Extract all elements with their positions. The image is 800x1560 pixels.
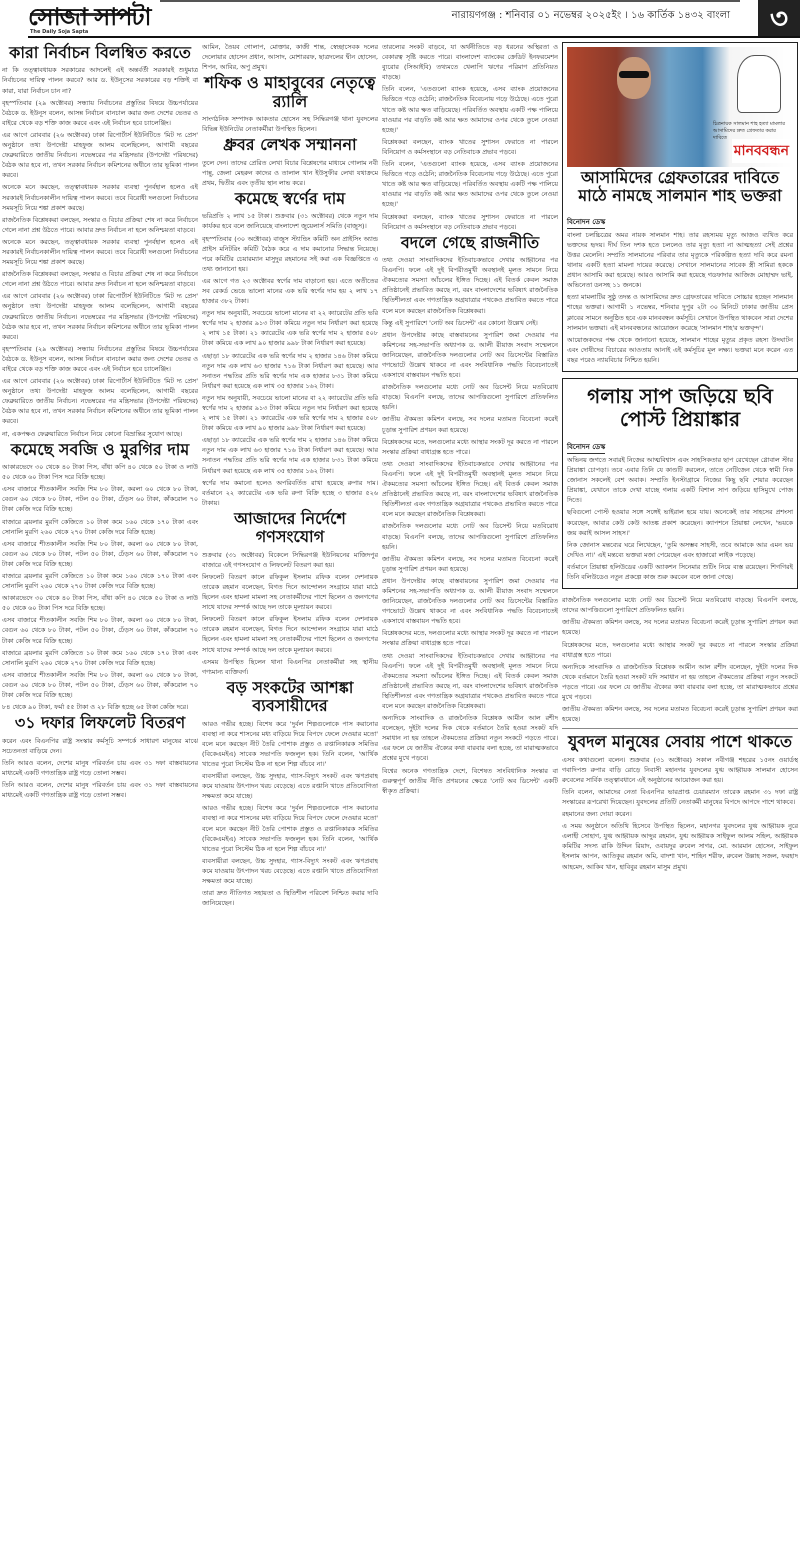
headline-jubodal: যুবদল মানুষের সেবায় পাশে থাকতে <box>562 733 798 751</box>
article-paragraph: কিন্তু এই সুপারিশে 'নোট অব ডিসেন্ট' এর ক… <box>382 318 558 328</box>
headline-priyanka: গলায় সাপ জড়িয়ে ছবি পোস্ট প্রিয়াঙ্কার <box>567 385 793 431</box>
masthead: সোজা সাপটা The Daily Soja Sapta নারায়ণগ… <box>0 0 800 38</box>
article-paragraph: ভরিপ্রতি ২ লাখ ১৫ টাকা। শুক্রবার (৩১ অক্… <box>202 211 378 231</box>
article-rally: শফিক ও মাহাবুবের নেতৃত্বে র‍্যালি সাংগঠন… <box>202 74 378 134</box>
dateline: নারায়ণগঞ্জ : শনিবার ০১ নভেম্বর ২০২৫ইং ।… <box>452 8 730 25</box>
article-vegetables: কমেছে সবজি ও মুরগির দাম আকারভেদে ৩০ থেকে… <box>2 441 198 713</box>
column-2: আমিন, তৈয়ব গোলাপ, মোক্তার, কাজী শান্ত, … <box>202 42 378 1560</box>
column-1: কারা নির্বাচন বিলম্বিত করতে না কি তত্ত্ব… <box>2 42 198 1560</box>
article-paragraph: এর আগে রোববার (২৬ অক্টোবর) ঢাকা রিপোর্টা… <box>2 130 198 180</box>
article-paragraph: রাজনৈতিক দলগুলোর মধ্যে নোট অব ডিসেন্ট নি… <box>382 382 558 412</box>
article-mass-contact: আজাদের নির্দেশে গণসংযোগ শুক্রবার (৩১ অক্… <box>202 510 378 677</box>
article-paragraph: নতুন দাম অনুযায়ী, সবচেয়ে ভালো মানের বা… <box>202 393 378 433</box>
photo-badge: মানববন্ধন <box>732 139 791 163</box>
logo-text: সোজা সাপটা <box>28 4 150 30</box>
article-paragraph: হত্যা মামলাটির সুষ্ঠু তদন্ত ও আসামিদের দ… <box>567 292 793 332</box>
column-3: তারল্যের সংকট বাড়বে, যা অর্থনীতিতে বড় … <box>382 42 558 1560</box>
article-paragraph: আকারভেদে ৩০ থেকে ৪০ টাকা পিস, বাঁধা কপি … <box>2 462 198 482</box>
article-paragraph: লিফলেট বিতরণ কালে রফিকুল ইসলাম রফিক বলেন… <box>202 614 378 654</box>
article-paragraph: আকারভেদে ৩০ থেকে ৪০ টাকা পিস, বাঁধা কপি … <box>2 593 198 613</box>
article-paragraph: এসব বাজারে শীতকালীন সবজি শিম ৮০ টাকা, কর… <box>2 539 198 569</box>
article-paragraph: বিশ্লেষকরা বলছেন, ব্যাংক খাতের সুশাসন ফে… <box>382 137 558 157</box>
article-paragraph: এসব বাজারে শীতকালীন সবজি শিম ৮০ টাকা, কর… <box>2 670 198 700</box>
headline-writer-award: ধ্রুবর লেখক সম্মাননা <box>202 136 378 154</box>
article-politics-changed: বদলে গেছে রাজনীতি তথ্য দেওয়া সাংবাদিকদে… <box>382 234 558 796</box>
article-paragraph: তিনি বলেন, 'এতগুলো ব্যাংক হয়েছে, এসব ব্… <box>382 159 558 209</box>
masthead-rule <box>28 36 800 38</box>
article-paragraph: প্রধান উপদেষ্টার কাছে বাস্তবায়নের সুপার… <box>382 576 558 626</box>
feature-box-salman: চিত্রনায়ক সালমান শাহ হত্যা মামলার আসামি… <box>562 42 798 372</box>
article-note-of-dissent: রাজনৈতিক দলগুলোর মধ্যে নোট অব ডিসেন্ট নি… <box>562 595 798 724</box>
feature-box-priyanka: গলায় সাপ জড়িয়ে ছবি পোস্ট প্রিয়াঙ্কার… <box>562 378 798 589</box>
article-paragraph: বিশ্লেষকদের মতে, দলগুলোর মধ্যে আস্থার সং… <box>382 437 558 457</box>
article-paragraph: রাজনৈতিক দলগুলোর মধ্যে নোট অব ডিসেন্ট নি… <box>562 595 798 615</box>
headline-vegetables: কমেছে সবজি ও মুরগির দাম <box>2 441 198 459</box>
article-paragraph: এসব বাজারে শীতকালীন সবজি শিম ৮০ টাকা, কর… <box>2 615 198 645</box>
article-election: কারা নির্বাচন বিলম্বিত করতে না কি তত্ত্ব… <box>2 44 198 439</box>
article-paragraph: জাতীয় ঐকমত্য কমিশন বলছে, সব দলের মতামত … <box>562 704 798 724</box>
page-number: ৩ <box>758 0 800 38</box>
article-paragraph: তারা দ্রুত নীতিগত সহায়তা ও স্থিতিশীল পর… <box>202 888 378 908</box>
article-paragraph: জাতীয় ঐকমত্য কমিশন বলছে, সব দলের মতামত … <box>382 414 558 434</box>
article-paragraph: অন্যদিকে সাংবাদিক ও রাজনৈতিক বিশ্লেষক আম… <box>382 713 558 763</box>
article-paragraph: বাজারে ব্রয়লার মুরগি কেজিতে ১০ টাকা কমে… <box>2 571 198 591</box>
article-paragraph: তথ্য দেওয়া সাংবাদিকদের ইতিবাচকভাবে দেখা… <box>382 651 558 712</box>
article-paragraph: বিশ্লেষকরা বলছেন, ব্যাংক খাতের সুশাসন ফে… <box>382 212 558 232</box>
article-paragraph: ছবিগুলো পোস্ট হওয়ার সঙ্গে সঙ্গেই ভাইরাল… <box>567 507 793 537</box>
article-writer-award: ধ্রুবর লেখক সম্মাননা তুলে দেন। তাদের প্র… <box>202 136 378 188</box>
photo-face <box>617 57 651 99</box>
article-paragraph: বর্তমানে প্রিয়াঙ্কা হলিউডের একটি অ্যাকশ… <box>567 562 793 582</box>
article-paragraph: লিফলেট বিতরণ কালে রফিকুল ইসলাম রফিক বলেন… <box>202 572 378 612</box>
article-paragraph: রহমানের জন্য দোয়া করেন। <box>562 809 798 819</box>
article-business-crisis: বড় সংকটের আশঙ্কা ব্যবসায়ীদের আরও গভীর … <box>202 679 378 908</box>
article-paragraph: নিক জোনাস মন্তব্যের ঘরে লিখেছেন, 'তুমি অ… <box>567 540 793 560</box>
headline-business-crisis: বড় সংকটের আশঙ্কা ব্যবসায়ীদের <box>202 679 378 716</box>
article-paragraph: বাংলা চলচ্চিত্রের অমর নায়ক সালমান শাহ। … <box>567 230 793 291</box>
headline-rally: শফিক ও মাহাবুবের নেতৃত্বে র‍্যালি <box>202 74 378 111</box>
article-leaflet: ৩১ দফার লিফলেট বিতরণ করেন এবং বিএনপির রা… <box>2 714 198 800</box>
article-paragraph: এছাড়া ১৮ ক্যারেটের এক ভরি স্বর্ণের দাম … <box>202 351 378 391</box>
byline: বিনোদন ডেস্ক <box>567 216 605 229</box>
section-divider <box>562 728 798 729</box>
article-paragraph: না কি তত্ত্বাবধায়ক সরকারের আদলেই এই অন্… <box>2 65 198 95</box>
article-paragraph: এসময় উপস্থিত ছিলেন থানা বিএনপির নেতাকর্… <box>202 657 378 677</box>
article-paragraph: ব্যবসায়ীরা বলছেন, উচ্চ সুদহার, গ্যাস-বি… <box>202 771 378 801</box>
article-paragraph: এর আগে গত ২৩ অক্টোবর স্বর্ণের দাম বাড়ান… <box>202 276 378 306</box>
article-paragraph: এসব কথাগুলো বলেন। শুক্রবার (৩১ অক্টোবর) … <box>562 755 798 785</box>
article-paragraph: ৮৪ থেকে ৯০ টাকা, ফর্মা ৫৫ টাকা ও ২৮ বিক্… <box>2 702 198 712</box>
article-paragraph: রাজনৈতিক দলগুলোর মধ্যে নোট অব ডিসেন্ট নি… <box>382 521 558 551</box>
article-paragraph: বৃহস্পতিবার (২৯ অক্টোবর) সন্ধ্যায় নির্ব… <box>2 98 198 128</box>
article-paragraph: বাজারে ব্রয়লার মুরগি কেজিতে ১০ টাকা কমে… <box>2 517 198 537</box>
headline-mass-contact: আজাদের নির্দেশে গণসংযোগ <box>202 510 378 547</box>
article-paragraph: বৃহস্পতিবার (২৯ অক্টোবর) সন্ধ্যায় নির্ব… <box>2 344 198 374</box>
article-paragraph: তারল্যের সংকট বাড়বে, যা অর্থনীতিতে বড় … <box>382 42 558 82</box>
article-paragraph: তিনি আরও বলেন, দেশের মানুষ পরিবর্তন চায়… <box>2 780 198 800</box>
article-paragraph: তুলে দেন। তাদের প্রেরিত লেখা বিচার বিশ্ল… <box>202 158 378 188</box>
article-paragraph: অনেকে মনে করছেন, তত্ত্বাবধায়ক সরকার ব্য… <box>2 237 198 267</box>
newspaper-logo: সোজা সাপটা The Daily Soja Sapta <box>28 0 158 38</box>
article-paragraph: আরও গভীর হচ্ছে। বিশেষ করে 'দুর্বল শিল্পগ… <box>202 803 378 853</box>
article-paragraph: জাতীয় ঐকমত্য কমিশন বলছে, সব দলের মতামত … <box>382 554 558 574</box>
headline-politics-changed: বদলে গেছে রাজনীতি <box>382 234 558 252</box>
article-paragraph: সাংগঠনিক সম্পাদক আকতার হোসেন সহ সিদ্ধিরগ… <box>202 114 378 134</box>
article-paragraph: তিনি বলেন, আমাদের নেতা বিএনপির ভারপ্রাপ্… <box>562 787 798 807</box>
article-paragraph: তিনি বলেন, 'এতগুলো ব্যাংক হয়েছে, এসব ব্… <box>382 84 558 134</box>
article-paragraph: তিনি আরও বলেন, দেশের মানুষ পরিবর্তন চায়… <box>2 758 198 778</box>
article-paragraph: এর আগে রোববার (২৬ অক্টোবর) ঢাকা রিপোর্টা… <box>2 376 198 426</box>
article-paragraph: এছাড়া ১৮ ক্যারেটের এক ভরি স্বর্ণের দাম … <box>202 435 378 475</box>
article-paragraph: বিশ্বের অনেক গণতান্ত্রিক দেশে, বিশেষত সা… <box>382 766 558 796</box>
article-paragraph: অনেকে মনে করছেন, তত্ত্বাবধায়ক সরকার ব্য… <box>2 182 198 212</box>
headline-salman: আসামিদের গ্রেফতারের দাবিতে মাঠে নামছে সা… <box>567 169 793 206</box>
logo-subtitle: The Daily Soja Sapta <box>30 29 88 35</box>
byline: বিনোদন ডেস্ক <box>567 441 605 454</box>
article-paragraph: জাতীয় ঐকমত্য কমিশন বলছে, সব দলের মতামত … <box>562 617 798 637</box>
article-paragraph: অভিনয় জগতে সবারই নিজের আত্মবিশ্বাস এবং … <box>567 455 793 505</box>
article-paragraph: বৃহস্পতিবার (৩০ অক্টোবর) বাজুস স্ট্যান্ড… <box>202 234 378 274</box>
article-gold: কমেছে স্বর্ণের দাম ভরিপ্রতি ২ লাখ ১৫ টাক… <box>202 190 378 508</box>
headline-leaflet: ৩১ দফার লিফলেট বিতরণ <box>2 714 198 732</box>
article-paragraph: তথ্য দেওয়া সাংবাদিকদের ইতিবাচকভাবে দেখা… <box>382 459 558 520</box>
article-paragraph: এ সময় অনুষ্ঠানে অতিথি হিসেবে উপস্থিত ছি… <box>562 821 798 871</box>
photo-sunglasses <box>619 71 649 78</box>
article-paragraph: আরও গভীর হচ্ছে। বিশেষ করে 'দুর্বল শিল্পগ… <box>202 719 378 769</box>
article-paragraph: অন্যদিকে সাংবাদিক ও রাজনৈতিক বিশ্লেষক আম… <box>562 662 798 702</box>
article-paragraph: আয়োজকদের পক্ষ থেকে জানানো হয়েছে, সালমা… <box>567 335 793 365</box>
article-banking: তারল্যের সংকট বাড়বে, যা অর্থনীতিতে বড় … <box>382 42 558 232</box>
article-paragraph: রাজনৈতিক বিশ্লেষকরা বলছেন, সংস্কার ও বিচ… <box>2 215 198 235</box>
article-paragraph: তথ্য দেওয়া সাংবাদিকদের ইতিবাচকভাবে দেখা… <box>382 255 558 316</box>
article-paragraph: এর আগে রোববার (২৬ অক্টোবর) ঢাকা রিপোর্টা… <box>2 291 198 341</box>
headline-election: কারা নির্বাচন বিলম্বিত করতে <box>2 44 198 62</box>
sketch-illustration <box>737 55 781 113</box>
article-paragraph: স্বর্ণের দাম কমানো হলেও অপরিবর্তিত রাখা … <box>202 478 378 508</box>
article-paragraph: প্রধান উপদেষ্টার কাছে বাস্তবায়নের সুপার… <box>382 330 558 380</box>
salman-shah-photo: চিত্রনায়ক সালমান শাহ হত্যা মামলার আসামি… <box>567 47 793 167</box>
article-paragraph: ব্যবসায়ীরা বলছেন, উচ্চ সুদহার, গ্যাস-বি… <box>202 856 378 886</box>
article-paragraph: শুক্রবার (৩১ অক্টোবর) বিকেলে সিদ্ধিরগঞ্জ… <box>202 550 378 570</box>
article-paragraph: বিশ্লেষকদের মতে, দলগুলোর মধ্যে আস্থার সং… <box>562 640 798 660</box>
article-paragraph: বিশ্লেষকদের মতে, দলগুলোর মধ্যে আস্থার সং… <box>382 628 558 648</box>
article-paragraph: আমিন, তৈয়ব গোলাপ, মোক্তার, কাজী শান্ত, … <box>202 42 378 72</box>
column-4: চিত্রনায়ক সালমান শাহ হত্যা মামলার আসামি… <box>562 42 798 1560</box>
article-jubodal: যুবদল মানুষের সেবায় পাশে থাকতে এসব কথাগ… <box>562 733 798 871</box>
article-paragraph: নতুন দাম অনুযায়ী, সবচেয়ে ভালো মানের বা… <box>202 308 378 348</box>
article-paragraph: করেন এবং বিএনপির রাষ্ট্র সংস্কার কর্মসূচ… <box>2 736 198 756</box>
top-rule <box>160 0 740 2</box>
article-paragraph: বাজারে ব্রয়লার মুরগি কেজিতে ১০ টাকা কমে… <box>2 648 198 668</box>
article-paragraph: না, একপক্ষও ফেব্রুয়ারিতে নির্বাচন নিয়ে… <box>2 429 198 439</box>
article-paragraph: রাজনৈতিক বিশ্লেষকরা বলছেন, সংস্কার ও বিচ… <box>2 269 198 289</box>
article-paragraph: এসব বাজারে শীতকালীন সবজি শিম ৮০ টাকা, কর… <box>2 484 198 514</box>
headline-gold: কমেছে স্বর্ণের দাম <box>202 190 378 208</box>
